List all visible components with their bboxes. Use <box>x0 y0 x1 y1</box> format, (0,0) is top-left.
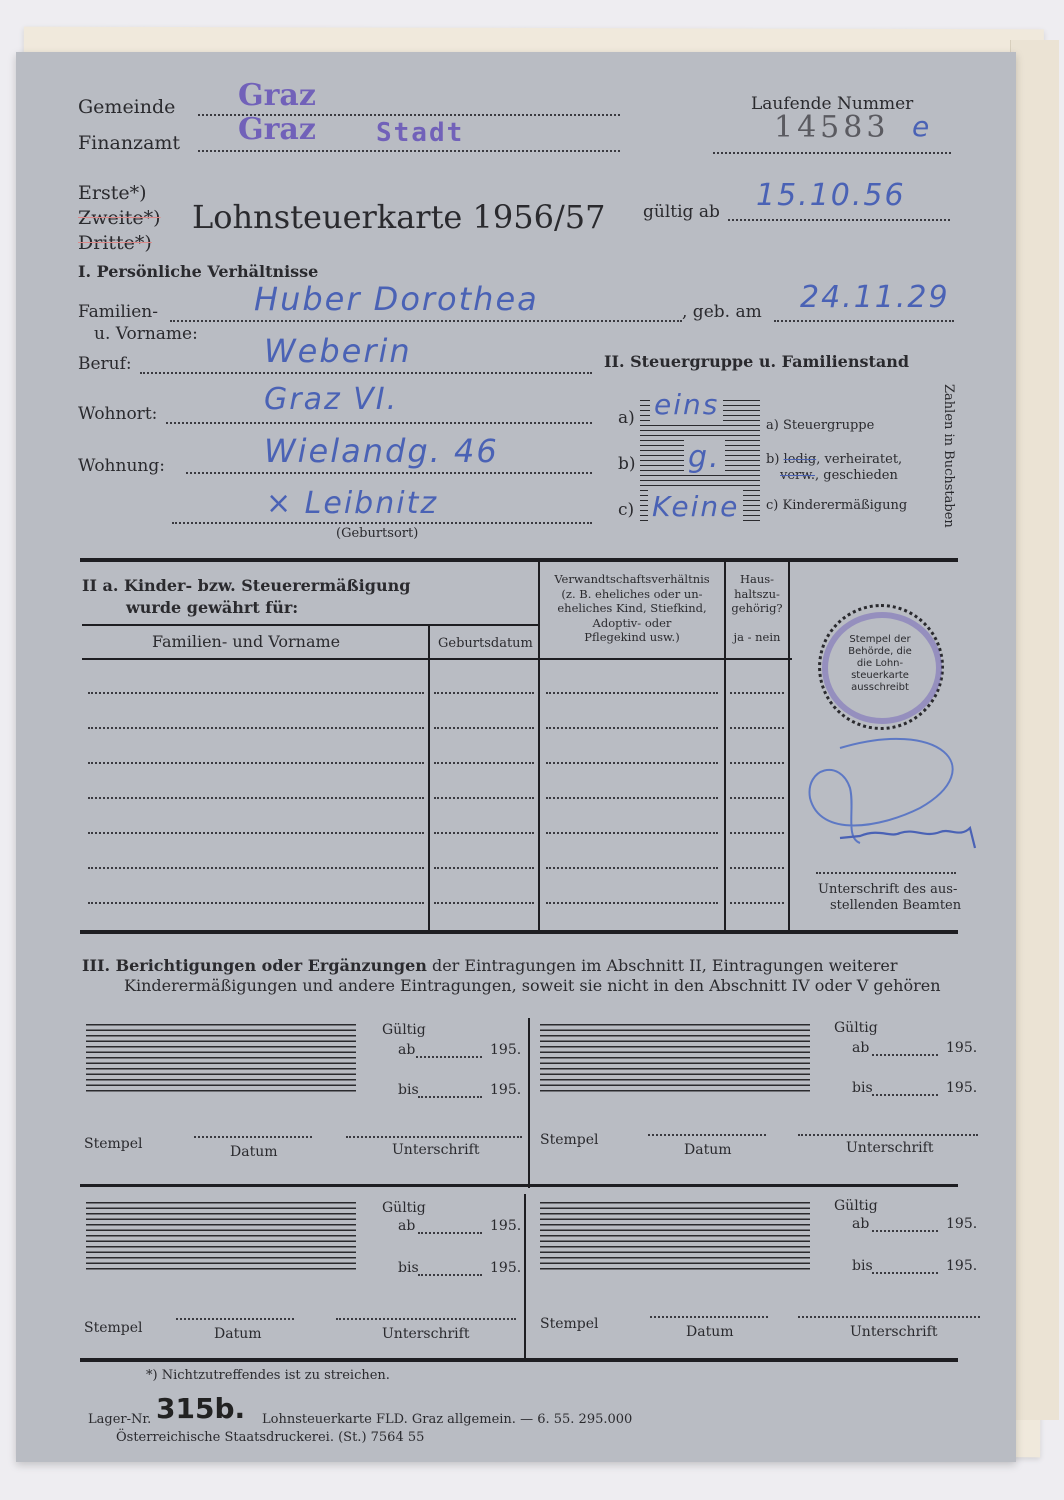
table-cell-haushalt[interactable] <box>730 797 784 799</box>
section-2a-bottom-rule <box>80 930 958 934</box>
block-4-bis-field[interactable] <box>872 1272 938 1274</box>
section-3-heading-bold: III. Berichtigungen oder Ergänzungen <box>82 956 427 975</box>
haushalt-answer: ja - nein <box>726 630 788 645</box>
table-cell-haushalt[interactable] <box>730 832 784 834</box>
printer-info: Österreichische Staatsdruckerei. (St.) 7… <box>116 1430 424 1445</box>
block-4-ab-year: 195. <box>946 1216 977 1232</box>
kinder-c-value: Keine <box>648 490 743 523</box>
block-1-ab-field[interactable] <box>416 1056 482 1058</box>
signature-line <box>816 872 956 874</box>
col-name-header: Familien- und Vorname <box>152 632 340 651</box>
table-cell-geburtsdatum[interactable] <box>434 762 534 764</box>
stamp-text-line: Behörde, die <box>828 646 932 658</box>
stamp-text: Stempel der Behörde, die die Lohn- steue… <box>828 634 932 694</box>
table-row[interactable] <box>88 832 424 834</box>
beruf-line <box>140 372 592 374</box>
table-row[interactable] <box>88 867 424 869</box>
card-order-third: Dritte*) <box>78 232 152 254</box>
legend-b-2: verw., geschieden <box>780 468 898 483</box>
table-cell-geburtsdatum[interactable] <box>434 867 534 869</box>
legend-b-verheiratet: verheiratet, <box>824 452 902 467</box>
block-4-datum-field[interactable] <box>650 1316 768 1318</box>
geburtsort-line <box>172 522 592 524</box>
block-1-unterschrift-field[interactable] <box>346 1136 522 1138</box>
table-cell-haushalt[interactable] <box>730 867 784 869</box>
block-4-stempel: Stempel <box>540 1316 599 1332</box>
block-1-ab: ab <box>398 1042 415 1058</box>
block-2-gueltig: Gültig <box>834 1020 878 1036</box>
block-1-unterschrift: Unterschrift <box>392 1142 479 1158</box>
table-cell-geburtsdatum[interactable] <box>434 727 534 729</box>
signature-caption-1: Unterschrift des aus- <box>818 882 957 897</box>
section-2a-heading-1: II a. Kinder- bzw. Steuerermäßigung <box>82 576 410 595</box>
block-3-unterschrift: Unterschrift <box>382 1326 469 1342</box>
stamp-text-line: ausschreibt <box>828 682 932 694</box>
wohnort-label: Wohnort: <box>78 404 157 424</box>
block-3-datum: Datum <box>214 1326 262 1342</box>
legend-a: a) Steuergruppe <box>766 418 874 433</box>
block-3-datum-field[interactable] <box>176 1318 294 1320</box>
legend-b-geschieden: , geschieden <box>815 468 898 483</box>
finanzamt-stamp: Graz <box>238 112 316 147</box>
block-2-unterschrift-field[interactable] <box>798 1134 978 1136</box>
block-2-hatch <box>540 1024 810 1094</box>
block-2-ab-field[interactable] <box>872 1054 938 1056</box>
geb-line <box>774 320 954 322</box>
beruf-label: Beruf: <box>78 354 132 374</box>
col-verwandtschaft-header: Verwandtschaftsverhältnis (z. B. ehelich… <box>540 572 724 645</box>
block-3-bis-field[interactable] <box>418 1274 482 1276</box>
laufende-nummer-line <box>713 152 951 154</box>
lager-value: 315b. <box>156 1392 245 1425</box>
block-4-unterschrift: Unterschrift <box>850 1324 937 1340</box>
haushalt-line-1: Haus- <box>726 572 788 587</box>
section-3-divider-top <box>528 1018 530 1188</box>
table-cell-geburtsdatum[interactable] <box>434 692 534 694</box>
signature-caption-2: stellenden Beamten <box>830 898 961 913</box>
laufende-nummer-suffix: e <box>912 110 931 143</box>
block-1-datum-field[interactable] <box>194 1136 312 1138</box>
verwandtschaft-line-1: Verwandtschaftsverhältnis <box>540 572 724 587</box>
block-1-hatch <box>86 1024 356 1094</box>
finanzamt-label: Finanzamt <box>78 132 180 154</box>
table-cell-verwandtschaft[interactable] <box>546 727 718 729</box>
legend-b-verw: verw. <box>780 468 815 483</box>
block-1-bis-year: 195. <box>490 1082 521 1098</box>
block-2-ab: ab <box>852 1040 869 1056</box>
card-order-second: Zweite*) <box>78 207 161 229</box>
block-4-bis: bis <box>852 1258 873 1274</box>
table-cell-verwandtschaft[interactable] <box>546 797 718 799</box>
section-2-heading: II. Steuergruppe u. Familienstand <box>604 352 909 371</box>
familienstand-b-label: b) <box>618 454 636 474</box>
beruf-value: Weberin <box>264 332 412 370</box>
signature-icon <box>800 728 980 858</box>
side-note: Zahlen in Buchstaben <box>941 384 956 528</box>
section-3-mid-rule <box>80 1184 958 1187</box>
block-4-bis-year: 195. <box>946 1258 977 1274</box>
table-row[interactable] <box>88 762 424 764</box>
legend-c: c) Kinderermäßigung <box>766 498 907 513</box>
block-4-gueltig: Gültig <box>834 1198 878 1214</box>
col-haushalt-header: Haus- haltszu- gehörig? ja - nein <box>726 572 788 644</box>
block-4-ab: ab <box>852 1216 869 1232</box>
stamp-text-line: Stempel der <box>828 634 932 646</box>
verwandtschaft-line-4: Adoptiv- oder <box>540 616 724 631</box>
geb-value: 24.11.29 <box>800 280 950 315</box>
laufende-nummer-value: 14583 <box>774 110 889 145</box>
block-3-ab: ab <box>398 1218 415 1234</box>
table-cell-haushalt[interactable] <box>730 692 784 694</box>
table-row[interactable] <box>88 692 424 694</box>
section-3-heading-rest: der Eintragungen im Abschnitt II, Eintra… <box>432 956 898 975</box>
wohnung-label: Wohnung: <box>78 456 165 476</box>
section-3-heading-1: III. Berichtigungen oder Ergänzungen der… <box>82 956 898 975</box>
section-3-divider-bottom <box>524 1194 526 1362</box>
block-4-unterschrift-field[interactable] <box>798 1316 980 1318</box>
name-value: Huber Dorothea <box>254 280 539 318</box>
section-3-heading-2: Kinderermäßigungen und andere Eintragung… <box>124 976 941 995</box>
block-2-bis-year: 195. <box>946 1080 977 1096</box>
finanzamt-stamp-stadt: Stadt <box>376 118 464 148</box>
block-2-bis: bis <box>852 1080 873 1096</box>
page-title: Lohnsteuerkarte 1956/57 <box>192 198 605 236</box>
table-cell-verwandtschaft[interactable] <box>546 762 718 764</box>
block-3-bis-year: 195. <box>490 1260 521 1276</box>
table-row[interactable] <box>88 902 424 904</box>
block-2-datum-field[interactable] <box>648 1134 766 1136</box>
block-1-datum: Datum <box>230 1144 278 1160</box>
block-4-datum: Datum <box>686 1324 734 1340</box>
section-2a-heading-2: wurde gewährt für: <box>126 598 298 617</box>
block-4-hatch <box>540 1202 810 1272</box>
table-cell-verwandtschaft[interactable] <box>546 902 718 904</box>
wohnung-line <box>186 472 592 474</box>
section-2a-header-rule <box>82 658 792 660</box>
table-cell-geburtsdatum[interactable] <box>434 797 534 799</box>
lager-label: Lager-Nr. <box>88 1412 151 1427</box>
block-3-stempel: Stempel <box>84 1320 143 1336</box>
geburtsort-label: (Geburtsort) <box>336 526 418 541</box>
gueltig-ab-line <box>728 219 950 221</box>
geb-label: , geb. am <box>682 302 762 322</box>
block-3-gueltig: Gültig <box>382 1200 426 1216</box>
card-order-first: Erste*) <box>78 182 147 204</box>
stamp-text-line: die Lohn- <box>828 658 932 670</box>
section-2a-top-rule <box>80 558 958 562</box>
gemeinde-label: Gemeinde <box>78 96 175 118</box>
block-2-bis-field[interactable] <box>872 1094 938 1096</box>
legend-b: b) ledig, verheiratet, <box>766 452 902 467</box>
gemeinde-stamp: Graz <box>238 78 316 113</box>
familienstand-b-value: g. <box>684 440 725 475</box>
col-divider-name <box>428 626 430 932</box>
steuergruppe-a-label: a) <box>618 408 635 428</box>
section-1-heading: I. Persönliche Verhältnisse <box>78 262 318 281</box>
block-1-bis: bis <box>398 1082 419 1098</box>
back-sheet-edge <box>1010 40 1059 1420</box>
table-cell-verwandtschaft[interactable] <box>546 692 718 694</box>
table-cell-haushalt[interactable] <box>730 902 784 904</box>
verwandtschaft-line-3: eheliches Kind, Stiefkind, <box>540 601 724 616</box>
verwandtschaft-line-5: Pflegekind usw.) <box>540 630 724 645</box>
print-info: Lohnsteuerkarte FLD. Graz allgemein. — 6… <box>262 1412 632 1427</box>
block-4-ab-field[interactable] <box>872 1230 938 1232</box>
steuergruppe-a-value: eins <box>650 388 723 421</box>
finanzamt-line <box>198 150 620 152</box>
wohnung-value: Wielandg. 46 <box>264 432 499 470</box>
name-label-2: u. Vorname: <box>94 324 198 344</box>
verwandtschaft-line-2: (z. B. eheliches oder un- <box>540 587 724 602</box>
block-2-ab-year: 195. <box>946 1040 977 1056</box>
section-3-bottom-rule <box>80 1358 958 1362</box>
block-1-ab-year: 195. <box>490 1042 521 1058</box>
geburtsort-value: × Leibnitz <box>266 486 438 521</box>
block-2-datum: Datum <box>684 1142 732 1158</box>
table-cell-verwandtschaft[interactable] <box>546 867 718 869</box>
haushalt-line-2: haltszu- <box>726 587 788 602</box>
block-3-ab-year: 195. <box>490 1218 521 1234</box>
block-1-gueltig: Gültig <box>382 1022 426 1038</box>
legend-b-prefix: b) <box>766 452 779 467</box>
gueltig-ab-label: gültig ab <box>643 202 720 222</box>
table-cell-haushalt[interactable] <box>730 762 784 764</box>
table-cell-haushalt[interactable] <box>730 727 784 729</box>
tax-card: Gemeinde Graz Finanzamt Graz Stadt Laufe… <box>16 52 1016 1462</box>
block-3-hatch <box>86 1202 356 1272</box>
footnote: *) Nichtzutreffendes ist zu streichen. <box>146 1368 390 1383</box>
block-1-stempel: Stempel <box>84 1136 143 1152</box>
table-cell-geburtsdatum[interactable] <box>434 832 534 834</box>
legend-b-ledig: ledig <box>784 452 817 467</box>
name-line <box>170 320 682 322</box>
block-1-bis-field[interactable] <box>418 1096 482 1098</box>
block-2-unterschrift: Unterschrift <box>846 1140 933 1156</box>
haushalt-line-3: gehörig? <box>726 601 788 616</box>
name-label-1: Familien- <box>78 302 158 322</box>
block-3-bis: bis <box>398 1260 419 1276</box>
wohnort-line <box>166 422 592 424</box>
table-row[interactable] <box>88 727 424 729</box>
table-cell-geburtsdatum[interactable] <box>434 902 534 904</box>
wohnort-value: Graz VI. <box>264 382 398 417</box>
gueltig-ab-value: 15.10.56 <box>756 178 906 213</box>
table-cell-verwandtschaft[interactable] <box>546 832 718 834</box>
stamp-text-line: steuerkarte <box>828 670 932 682</box>
kinder-c-label: c) <box>618 500 634 520</box>
block-2-stempel: Stempel <box>540 1132 599 1148</box>
col-geburtsdatum-header: Geburtsdatum <box>438 636 533 651</box>
block-3-ab-field[interactable] <box>418 1232 482 1234</box>
section-2a-mid-rule <box>82 624 538 626</box>
block-3-unterschrift-field[interactable] <box>336 1318 516 1320</box>
table-row[interactable] <box>88 797 424 799</box>
col-divider-3 <box>788 562 790 932</box>
